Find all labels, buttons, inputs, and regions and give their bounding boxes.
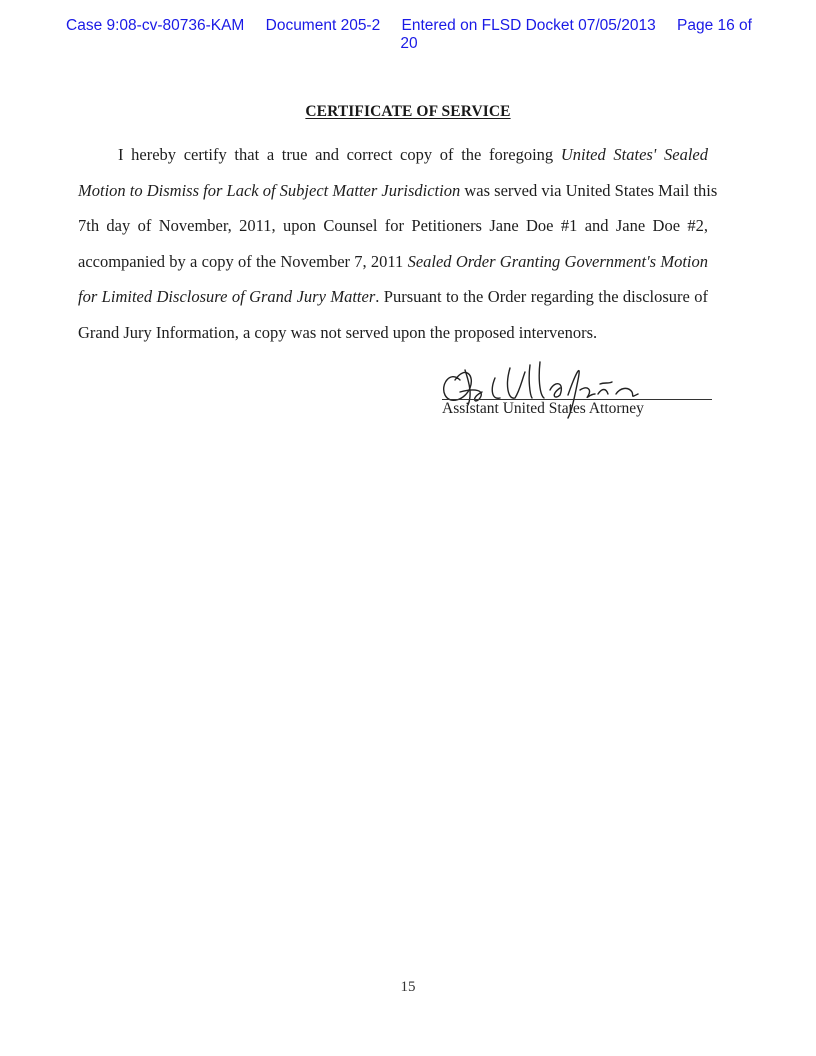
docket-stamp-header: Case 9:08-cv-80736-KAM Document 205-2 En… [66, 17, 752, 53]
page-number: 15 [0, 979, 816, 996]
document-number: Document 205-2 [266, 17, 381, 35]
case-number: Case 9:08-cv-80736-KAM [66, 17, 244, 35]
page-of: Page 16 of [677, 17, 752, 35]
body-line-1: I hereby certify that a true and correct… [78, 137, 708, 173]
body-line-3: 7th day of November, 2011, upon Counsel … [78, 208, 708, 244]
certificate-body: I hereby certify that a true and correct… [78, 137, 708, 350]
signer-title: Assistant United States Attorney [442, 400, 644, 418]
page-total: 20 [400, 35, 417, 52]
signature-block: Assistant United States Attorney [420, 350, 720, 420]
document-page: Case 9:08-cv-80736-KAM Document 205-2 En… [0, 0, 816, 1056]
body-line-6: Grand Jury Information, a copy was not s… [78, 315, 708, 351]
body-line-4: accompanied by a copy of the November 7,… [78, 244, 708, 280]
entered-date: Entered on FLSD Docket 07/05/2013 [402, 17, 656, 35]
body-line-5: for Limited Disclosure of Grand Jury Mat… [78, 279, 708, 315]
body-line-2: Motion to Dismiss for Lack of Subject Ma… [78, 173, 708, 209]
certificate-title: CERTIFICATE OF SERVICE [0, 103, 816, 121]
